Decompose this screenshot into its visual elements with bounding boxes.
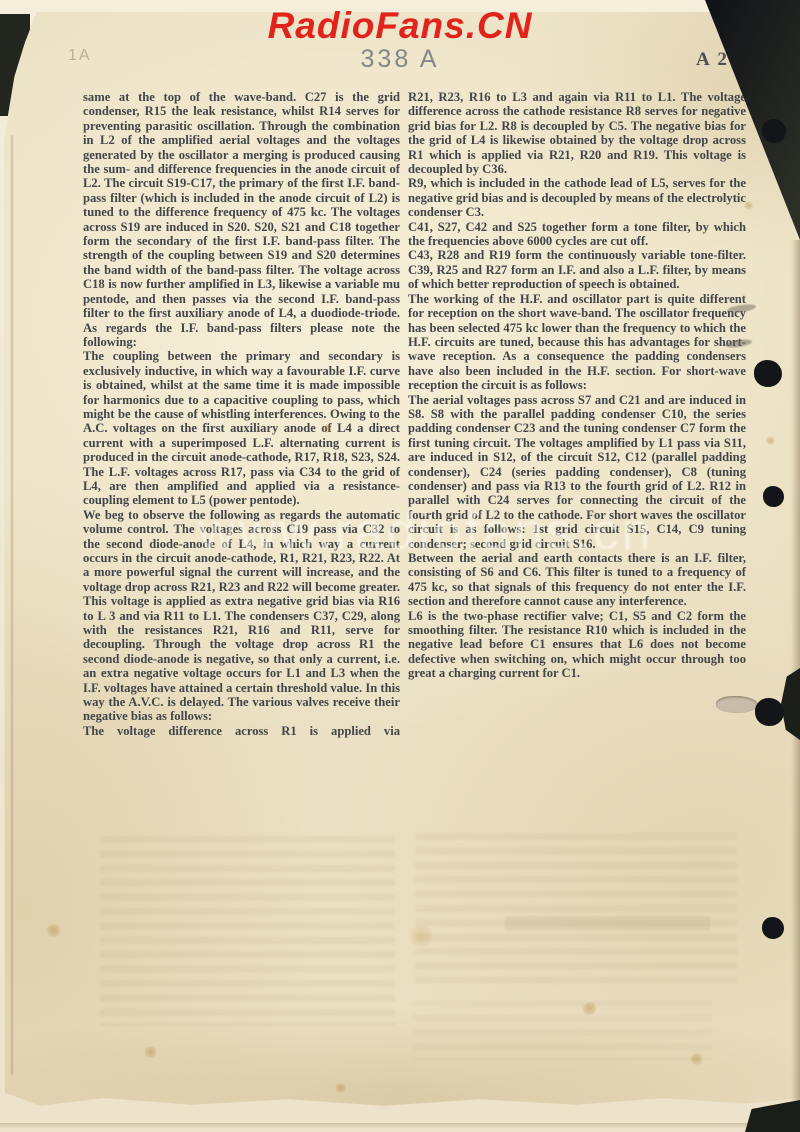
punch-hole xyxy=(762,119,786,143)
paragraph: The working of the H.F. and oscillator p… xyxy=(408,292,746,393)
paragraph: C41, S27, C42 and S25 together form a to… xyxy=(408,220,746,249)
stain xyxy=(690,1053,703,1065)
stain xyxy=(46,924,61,937)
punch-hole xyxy=(754,360,782,387)
ghost-text-right xyxy=(415,833,737,983)
paper-tear xyxy=(716,696,758,713)
dark-backing-bottom-right xyxy=(745,1100,800,1132)
right-column: R21, R23, R16 to L3 and again via R11 to… xyxy=(408,90,746,738)
ghost-text-right-lower xyxy=(412,1000,712,1060)
stain xyxy=(322,424,332,433)
stain xyxy=(335,1083,346,1093)
stain xyxy=(766,436,775,445)
paragraph: The voltage difference across R1 is appl… xyxy=(83,724,400,738)
punch-hole xyxy=(755,698,784,726)
underlying-page-edge xyxy=(0,1123,800,1129)
paragraph: The coupling between the primary and sec… xyxy=(83,349,400,507)
scanned-page: RadioFans.CN 338 A A 2 1A same at the to… xyxy=(0,0,800,1132)
stain xyxy=(408,925,434,947)
stain xyxy=(144,1046,157,1058)
faint-corner-mark: 1A xyxy=(68,47,92,65)
stain xyxy=(582,1002,597,1015)
ghost-text-left xyxy=(100,836,395,1026)
text-columns: same at the top of the wave-band. C27 is… xyxy=(83,90,746,738)
paragraph: R21, R23, R16 to L3 and again via R11 to… xyxy=(408,90,746,176)
punch-hole xyxy=(763,486,784,507)
paragraph: R9, which is included in the cathode lea… xyxy=(408,176,746,219)
page-number: 338 A xyxy=(0,45,800,74)
left-column: same at the top of the wave-band. C27 is… xyxy=(83,90,400,738)
punch-hole xyxy=(762,917,784,939)
paragraph: L6 is the two-phase rectifier valve; C1,… xyxy=(408,609,746,681)
page-code: A 2 xyxy=(696,49,729,71)
paragraph: same at the top of the wave-band. C27 is… xyxy=(83,90,400,349)
left-crease xyxy=(11,135,13,1075)
radiofans-watermark-center: www.radiofans.cn xyxy=(198,502,654,562)
ghost-heading xyxy=(505,916,710,930)
radiofans-watermark-header: RadioFans.CN xyxy=(0,5,800,47)
paragraph: C43, R28 and R19 form the continuously v… xyxy=(408,248,746,291)
stain xyxy=(744,201,753,210)
